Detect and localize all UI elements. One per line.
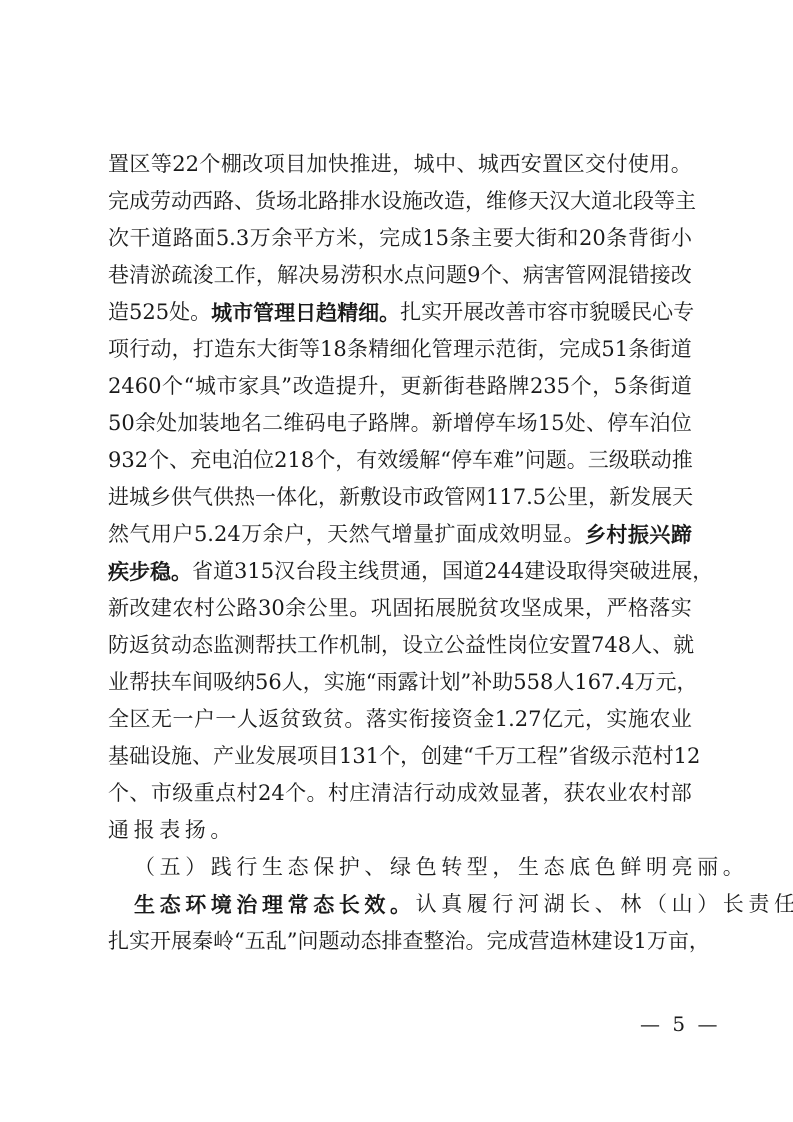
text: 实 [129, 923, 150, 960]
text: 方 [314, 220, 335, 257]
text: 户 [284, 516, 305, 553]
text: 完 [108, 183, 129, 220]
text: 车 [628, 405, 649, 442]
text: 施 [345, 664, 366, 701]
text: 效 [377, 442, 398, 479]
text: 实 [671, 590, 692, 627]
text: 街 [278, 331, 299, 368]
text: 加 [177, 405, 198, 442]
text: 22 [172, 146, 199, 183]
text: 贫 [150, 627, 171, 664]
text: 劳 [150, 183, 171, 220]
text: 街 [649, 368, 670, 405]
text: 道 [671, 331, 692, 368]
text: 缓 [398, 442, 419, 479]
text: 造 [444, 183, 465, 220]
text: 项 [264, 146, 285, 183]
text: ， [676, 664, 697, 701]
text: 干 [130, 220, 151, 257]
text: 泊 [232, 442, 253, 479]
text: 完 [487, 923, 508, 960]
text: 建 [524, 553, 545, 590]
text: 交 [585, 146, 606, 183]
text: 市 [568, 294, 589, 331]
text-line: 巷清淤疏浚工作，解决易涝积水点问题9个、病害管网混错接改 [108, 257, 692, 294]
text: 设 [613, 923, 634, 960]
text: 提 [336, 368, 357, 405]
text: 清 [371, 775, 392, 812]
text: 机 [339, 627, 360, 664]
text: 车 [472, 442, 493, 479]
text: 突 [608, 553, 629, 590]
text: 条 [628, 368, 649, 405]
text: 破 [629, 553, 650, 590]
text: 管 [444, 479, 465, 516]
text: 点 [404, 257, 425, 294]
text-line: 造525处。城市管理日趋精细。扎实开展改善市容市貌暖民心专 [108, 294, 692, 331]
text: 区 [129, 701, 150, 738]
text: 果 [564, 590, 585, 627]
text: 村 [194, 590, 215, 627]
text: 城 [478, 146, 499, 183]
text: 街 [536, 220, 557, 257]
text: 建 [442, 738, 463, 775]
text: 格 [628, 590, 649, 627]
text: 24 [258, 775, 285, 812]
text: 成 [508, 923, 529, 960]
text: 道 [151, 220, 172, 257]
paragraph-heading-line: （五）践行生态保护、绿色转型，生态底色鲜明亮丽。 [108, 849, 692, 886]
text: ， [335, 442, 356, 479]
text: 巷 [108, 257, 129, 294]
text: 公 [546, 479, 567, 516]
text: 成 [401, 220, 422, 257]
text: 范 [495, 331, 516, 368]
text: 施 [628, 701, 649, 738]
text: 20 [579, 220, 606, 257]
text: 病 [523, 257, 544, 294]
text: 雨 [376, 664, 397, 701]
text: 动 [171, 183, 192, 220]
text: 改 [242, 146, 263, 183]
bold-text: 细 [358, 294, 379, 331]
text: 纳 [234, 664, 255, 701]
text: 贯 [379, 553, 400, 590]
text: 改 [484, 294, 505, 331]
text-line: 置区等22个棚改项目加快推进，城中、城西安置区交付使用。 [108, 146, 692, 183]
text: 明 [520, 516, 541, 553]
bold-text: 振 [628, 516, 649, 553]
text: 通 [400, 553, 421, 590]
text: 街 [650, 331, 671, 368]
text-line: 业帮扶车间吸纳56人，实施“雨露计划”补助558人167.4万元， [108, 664, 692, 701]
text-line: 通报表扬。 [108, 812, 692, 849]
text: 帮 [255, 627, 276, 664]
text: 进 [371, 146, 392, 183]
text: 场 [517, 405, 538, 442]
text: 电 [211, 442, 232, 479]
bold-text: 步 [129, 553, 150, 590]
text: 北 [297, 183, 318, 220]
bold-text: 精 [337, 294, 358, 331]
text: 家 [238, 368, 259, 405]
text: 完 [559, 331, 580, 368]
text: ， [318, 479, 339, 516]
text: 处 [565, 405, 586, 442]
text: 安 [521, 146, 542, 183]
text: 建 [151, 590, 172, 627]
text: 助 [492, 664, 513, 701]
text: 岭 [213, 923, 234, 960]
text: 展 [463, 294, 484, 331]
bold-text: 日 [295, 294, 316, 331]
text-line: 基础设施、产业发展项目131个，创建“千万工程”省级示范村12 [108, 738, 692, 775]
text: 清 [129, 257, 150, 294]
text: 著 [521, 775, 542, 812]
bold-text: 兴 [649, 516, 670, 553]
text: 村 [649, 775, 670, 812]
text: 道 [671, 368, 692, 405]
text: 天 [672, 479, 693, 516]
text-line: 完成劳动西路、货场北路排水设施改造，维修天汉大道北段等主 [108, 183, 692, 220]
text-line: 然气用户5.24万余户，天然气增量扩面成效明显。乡村振兴蹄 [108, 516, 692, 553]
text: 设 [381, 479, 402, 516]
text: 2460 [108, 368, 161, 405]
text: 网 [465, 479, 486, 516]
text: 新 [422, 368, 443, 405]
text: 条 [606, 220, 627, 257]
text: 国 [442, 553, 463, 590]
text: 等 [654, 183, 675, 220]
text: ， [306, 516, 327, 553]
text: 人 [553, 664, 574, 701]
text: 亩 [668, 923, 689, 960]
text: 面 [194, 220, 215, 257]
text: 涝 [340, 257, 361, 294]
text: “ [366, 664, 377, 701]
text: ， [303, 664, 324, 701]
text: ， [585, 590, 606, 627]
text: 中 [435, 146, 456, 183]
text: 道 [463, 553, 484, 590]
text: 。 [344, 701, 365, 738]
bold-text: 理 [274, 294, 295, 331]
text: ， [381, 627, 402, 664]
text: 30 [258, 590, 285, 627]
text: 水 [360, 183, 381, 220]
text: 点 [215, 775, 236, 812]
bold-text: 。 [171, 553, 192, 590]
text: 棚 [221, 146, 242, 183]
text: 贫 [280, 701, 301, 738]
text: 主 [675, 183, 696, 220]
text: 、 [129, 775, 150, 812]
text: 展 [171, 923, 192, 960]
text: 设 [150, 738, 171, 775]
text: 面 [456, 516, 477, 553]
text: 装 [199, 405, 220, 442]
text: 管 [565, 257, 586, 294]
text: ， [256, 257, 277, 294]
text-line: 扎实开展秦岭“五乱”问题动态排查整治。完成营造林建设1万亩， [108, 923, 692, 960]
text: ” [514, 442, 525, 479]
text: 等 [151, 146, 172, 183]
text: 显 [542, 516, 563, 553]
text: 15 [422, 220, 449, 257]
text: 余 [135, 405, 156, 442]
text: 货 [255, 183, 276, 220]
text: 扩 [435, 516, 456, 553]
text: 汉 [549, 183, 570, 220]
text: 市 [217, 368, 238, 405]
text: 个 [285, 775, 306, 812]
text: 推 [349, 146, 370, 183]
text: 心 [652, 294, 673, 331]
text: 贫 [478, 590, 499, 627]
text: 造 [214, 331, 235, 368]
text: 动 [651, 442, 672, 479]
text: ， [588, 479, 609, 516]
text: 示 [611, 738, 632, 775]
text: 段 [633, 183, 654, 220]
text: 化 [411, 331, 432, 368]
text: 315 [234, 553, 274, 590]
text: 码 [305, 405, 326, 442]
text: 就 [673, 627, 694, 664]
text: 发 [630, 479, 651, 516]
text: 西 [192, 183, 213, 220]
text: 维 [486, 183, 507, 220]
text: 展 [276, 738, 297, 775]
text: ， [692, 553, 713, 590]
text: 具 [260, 368, 281, 405]
text: 使 [628, 146, 649, 183]
text: “ [440, 442, 451, 479]
text: 气 [370, 516, 391, 553]
text: 位 [671, 405, 692, 442]
text: 乱 [266, 923, 287, 960]
text: 联 [630, 442, 651, 479]
text: 路 [213, 183, 234, 220]
text: 。 [190, 294, 211, 331]
text: 行 [414, 775, 435, 812]
text: 认真履行河湖长、林（山）长责任， [416, 886, 793, 923]
text-line: 进城乡供气供热一体化，新敷设市政管网117.5公里，新发展天 [108, 479, 692, 516]
text: 目 [285, 146, 306, 183]
text: 落 [649, 590, 670, 627]
text: 扶 [150, 664, 171, 701]
text: 气 [129, 516, 150, 553]
text: 省 [192, 553, 213, 590]
text: 致 [301, 701, 322, 738]
text: 态 [192, 627, 213, 664]
text: 间 [192, 664, 213, 701]
text: 、 [652, 627, 673, 664]
text: 工 [214, 257, 235, 294]
text: 林 [571, 923, 592, 960]
text: 二 [262, 405, 283, 442]
text: 范 [632, 738, 653, 775]
text: 题 [446, 257, 467, 294]
text: 得 [587, 553, 608, 590]
text: 增 [453, 405, 474, 442]
text: 。 [671, 146, 692, 183]
text: 快 [328, 146, 349, 183]
page-number: — 5 — [640, 1012, 720, 1036]
text: 打 [193, 331, 214, 368]
text: 个 [148, 442, 169, 479]
text: 善 [505, 294, 526, 331]
text: 热 [234, 479, 255, 516]
text: 显 [499, 775, 520, 812]
text: 动 [340, 923, 361, 960]
text: 新 [432, 405, 453, 442]
text: 进 [108, 479, 129, 516]
text: 56 [255, 664, 282, 701]
text: 立 [423, 627, 444, 664]
text: 街 [649, 220, 670, 257]
text: 错 [629, 257, 650, 294]
text: 修 [507, 183, 528, 220]
text: 问 [525, 442, 546, 479]
text: 坚 [521, 590, 542, 627]
text: 项 [297, 738, 318, 775]
text: 测 [234, 627, 255, 664]
text: 造 [314, 368, 335, 405]
text: 路 [318, 183, 339, 220]
text: 公 [215, 590, 236, 627]
bold-text: 乡 [585, 516, 606, 553]
text: 路 [487, 368, 508, 405]
text: 展 [651, 479, 672, 516]
text: 管 [432, 331, 453, 368]
text: 业 [234, 738, 255, 775]
text: 进 [650, 553, 671, 590]
text: 攻 [499, 590, 520, 627]
text: 发 [255, 738, 276, 775]
text: 天 [528, 183, 549, 220]
text: 治 [445, 923, 466, 960]
text: 混 [607, 257, 628, 294]
text-line: 932个、充电泊位218个，有效缓解“停车难”问题。三级联动推 [108, 442, 692, 479]
text: 查 [403, 923, 424, 960]
text: 疏 [171, 257, 192, 294]
text: 帮 [129, 664, 150, 701]
text: 人 [282, 664, 303, 701]
text: 51 [601, 331, 628, 368]
text: 业 [606, 775, 627, 812]
text: 处 [169, 294, 190, 331]
text: 街 [444, 368, 465, 405]
bold-text: 城 [211, 294, 232, 331]
text: 扎 [108, 923, 129, 960]
text: 严 [606, 590, 627, 627]
text: 工 [297, 627, 318, 664]
text: ， [592, 368, 613, 405]
text: 新 [108, 590, 129, 627]
text: 示 [474, 331, 495, 368]
text: 浚 [193, 257, 214, 294]
text: 防 [108, 627, 129, 664]
text: 车 [171, 664, 192, 701]
text-line: 疾步稳。省道315汉台段主线贯通，国道244建设取得突破进展， [108, 553, 692, 590]
text: 接 [430, 701, 451, 738]
text: 主 [337, 553, 358, 590]
text: 电 [326, 405, 347, 442]
text: 五 [245, 923, 266, 960]
text: 设 [545, 553, 566, 590]
text: “ [234, 923, 245, 960]
text: 千 [474, 738, 495, 775]
text: 背 [628, 220, 649, 257]
text: 制 [360, 627, 381, 664]
text: 西 [499, 146, 520, 183]
text-line: 2460个“城市家具”改造提升，更新街巷路牌235个，5条街道 [108, 368, 692, 405]
text: 付 [606, 146, 627, 183]
text: 个 [199, 146, 220, 183]
text: 农 [172, 590, 193, 627]
text: 停 [474, 405, 495, 442]
text: 岗 [507, 627, 528, 664]
text: 街 [517, 331, 538, 368]
text: ， [172, 331, 193, 368]
text: 区 [564, 146, 585, 183]
text: 害 [544, 257, 565, 294]
text: 改 [423, 183, 444, 220]
bold-text: 趋 [316, 294, 337, 331]
text: 貌 [589, 294, 610, 331]
text: 区 [129, 146, 150, 183]
text: 益 [465, 627, 486, 664]
text: 525 [129, 294, 169, 331]
text: 235 [530, 368, 570, 405]
text: 然 [349, 516, 370, 553]
text: 完 [379, 220, 400, 257]
text: 行 [129, 331, 150, 368]
text: 解 [277, 257, 298, 294]
text: 5.24 [194, 516, 241, 553]
text: 充 [190, 442, 211, 479]
text: 、 [502, 257, 523, 294]
text: 、 [456, 146, 477, 183]
text: 万 [241, 516, 262, 553]
text: 维 [283, 405, 304, 442]
text: 一 [172, 701, 193, 738]
text: 金 [473, 701, 494, 738]
text: 244 [484, 553, 524, 590]
text: “ [184, 368, 195, 405]
text: ” [460, 664, 471, 701]
text: ， [585, 701, 606, 738]
text: 个 [379, 738, 400, 775]
text: 台 [295, 553, 316, 590]
text: 返 [258, 701, 279, 738]
text: 余 [271, 220, 292, 257]
text: “ [463, 738, 474, 775]
bold-text: 稳 [150, 553, 171, 590]
text: 、 [234, 183, 255, 220]
text: 目 [318, 738, 339, 775]
text: 城 [195, 368, 216, 405]
bold-text: 蹄 [671, 516, 692, 553]
bold-text: 村 [606, 516, 627, 553]
text: 排 [339, 183, 360, 220]
text: 万 [250, 220, 271, 257]
text: 道 [591, 183, 612, 220]
text: 精 [368, 331, 389, 368]
text: 露 [397, 664, 418, 701]
text: 础 [129, 738, 150, 775]
